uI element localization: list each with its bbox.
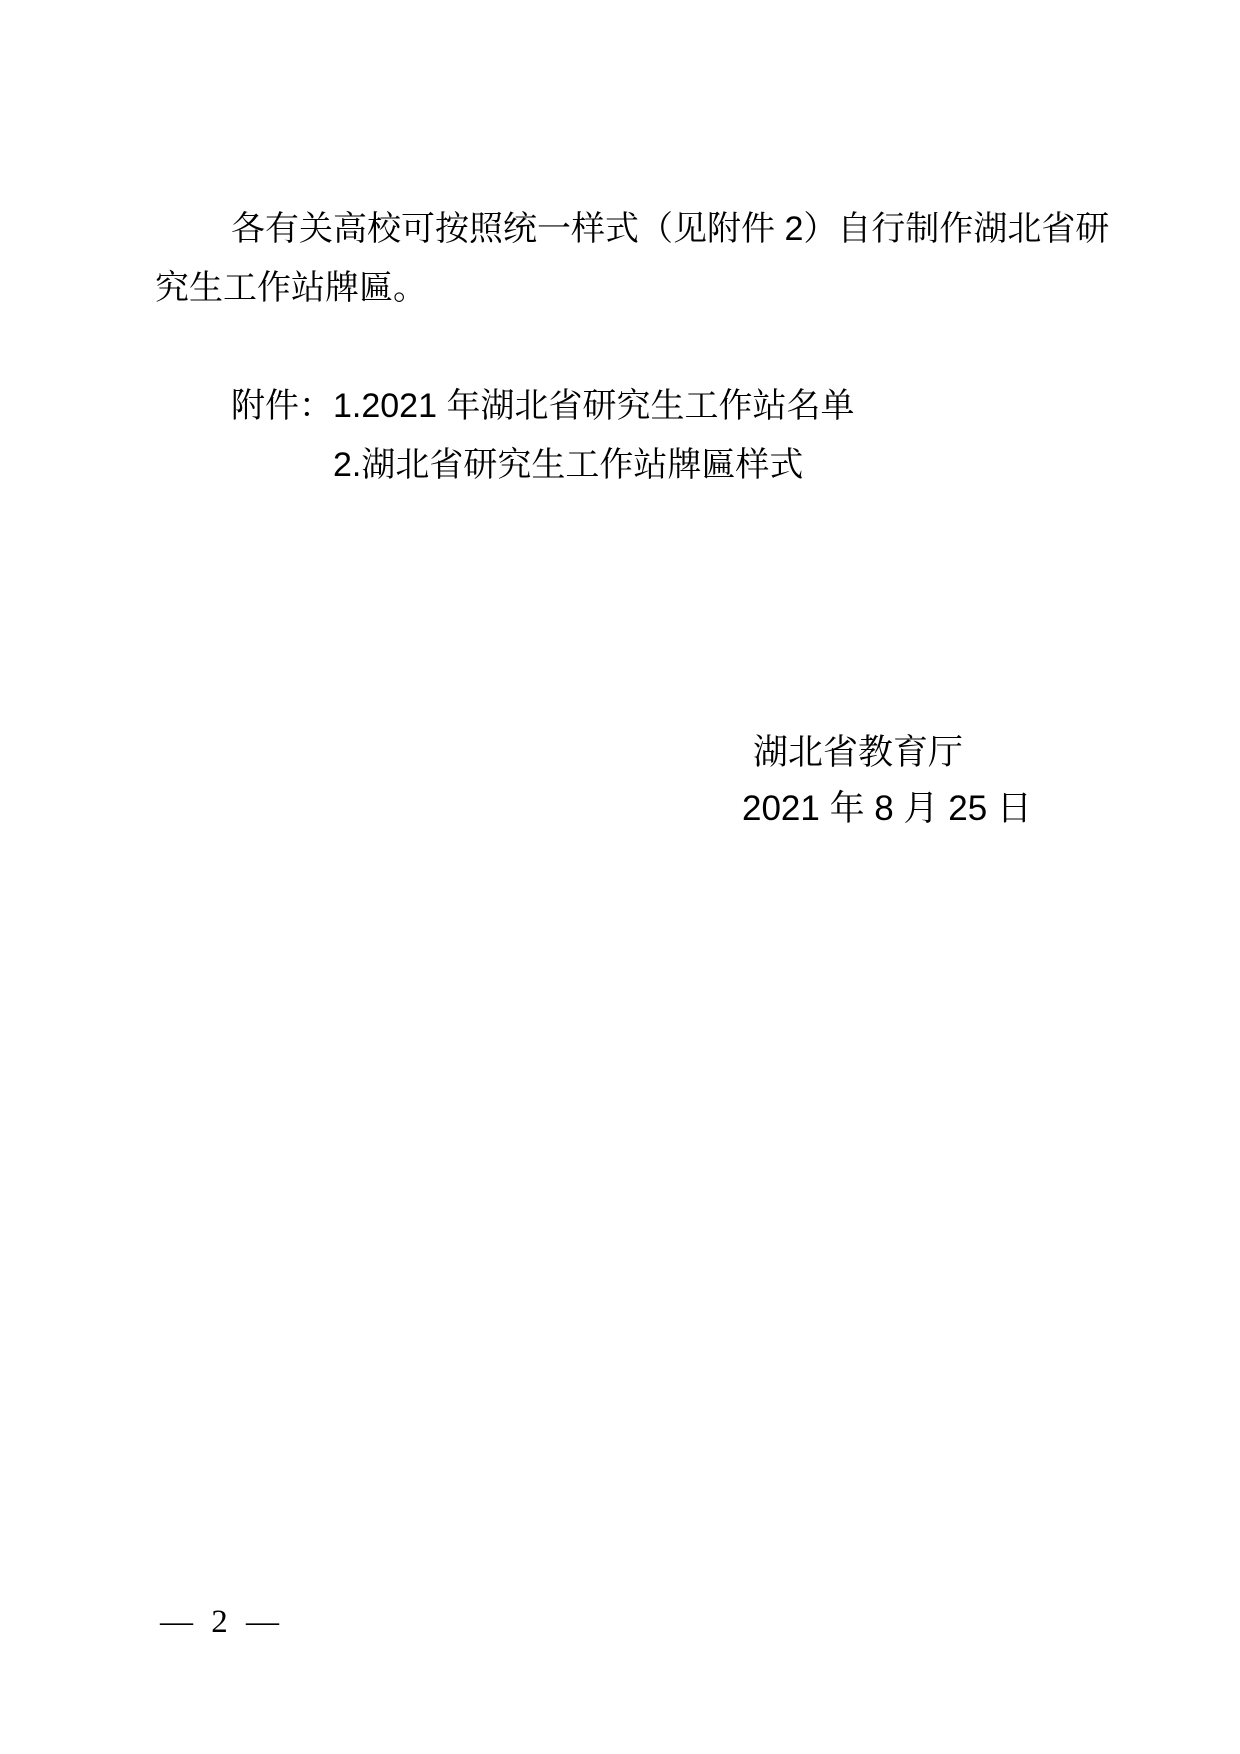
page-number: — 2 — <box>160 1606 284 1639</box>
document-body: 各有关高校可按照统一样式（见附件 2）自行制作湖北省研 究生工作站牌匾。 附件：… <box>155 200 1085 495</box>
signature-date: 2021 年 8 月 25 日 <box>742 789 1032 829</box>
attachment-item: 2.湖北省研究生工作站牌匾样式 <box>333 446 803 484</box>
attachments-label: 附件： <box>231 387 333 425</box>
attachments-line: 附件：1.2021 年湖北省研究生工作站名单 <box>155 377 1085 436</box>
paragraph-line: 究生工作站牌匾。 <box>155 259 1085 318</box>
signature-organization: 湖北省教育厅 <box>753 733 963 773</box>
paragraph-line: 各有关高校可按照统一样式（见附件 2）自行制作湖北省研 <box>155 200 1085 259</box>
document-page: 各有关高校可按照统一样式（见附件 2）自行制作湖北省研 究生工作站牌匾。 附件：… <box>0 0 1240 1754</box>
attachments-line: 2.湖北省研究生工作站牌匾样式 <box>155 436 1085 495</box>
attachment-item: 1.2021 年湖北省研究生工作站名单 <box>333 387 854 425</box>
